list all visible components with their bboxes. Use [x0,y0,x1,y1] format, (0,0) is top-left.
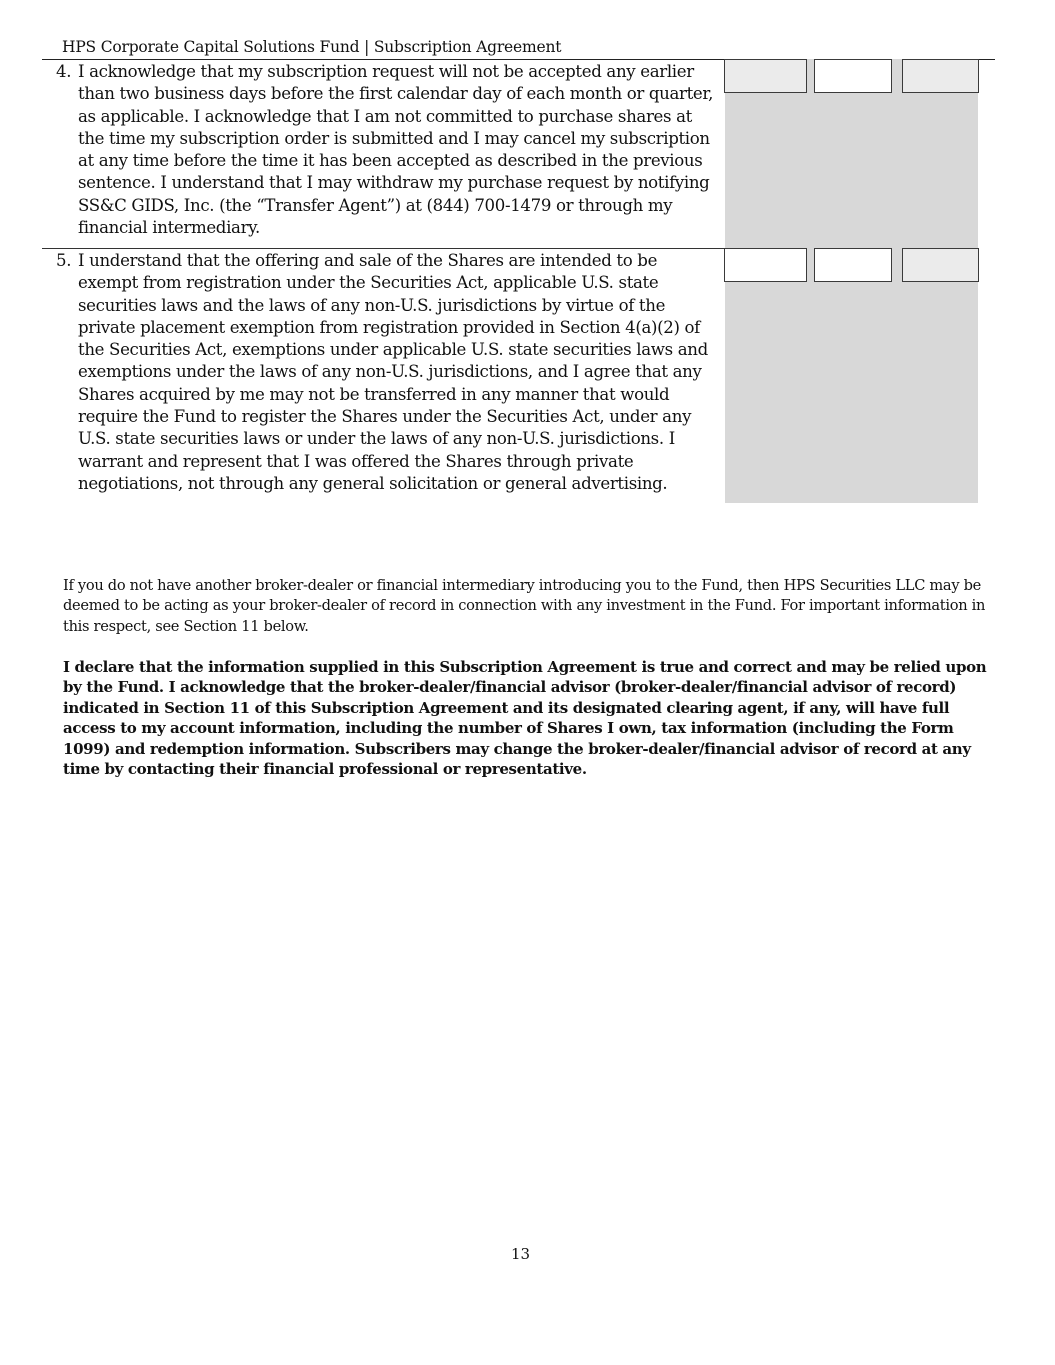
page-number: 13 [511,1245,530,1263]
acknowledgement-item-5: 5. I understand that the offering and sa… [56,250,716,495]
item-number: 4. [56,61,71,83]
item-text: I acknowledge that my subscription reque… [56,61,716,239]
initial-box-item-5-1[interactable] [724,248,807,282]
initial-box-item-4-3[interactable] [902,59,979,93]
row-divider [42,248,725,249]
initial-box-item-5-3[interactable] [902,248,979,282]
initial-box-item-4-1[interactable] [724,59,807,93]
broker-dealer-notice: If you do not have another broker-dealer… [63,576,988,637]
acknowledgement-item-4: 4. I acknowledge that my subscription re… [56,61,716,239]
declaration-statement: I declare that the information supplied … [63,657,988,779]
initial-box-item-4-2[interactable] [814,59,892,93]
item-text: I understand that the offering and sale … [56,250,716,495]
initials-column-item-5 [725,248,978,503]
initial-box-item-5-2[interactable] [814,248,892,282]
item-number: 5. [56,250,71,272]
document-header-title: HPS Corporate Capital Solutions Fund | S… [62,38,561,56]
